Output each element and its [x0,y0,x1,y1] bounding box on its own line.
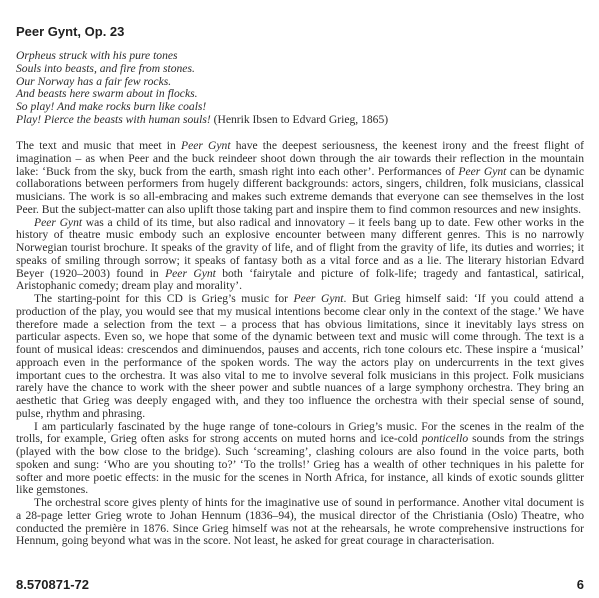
italic-title: Peer Gynt [34,216,82,229]
paragraph: The text and music that meet in Peer Gyn… [16,140,584,217]
italic-title: Peer Gynt [181,139,231,152]
verse-line-last: Play! Pierce the beasts with human souls… [16,114,388,127]
page-number: 6 [577,577,584,592]
paragraph: I am particularly fascinated by the huge… [16,421,584,498]
italic-title: ponticello [422,432,468,445]
paragraph: The starting-point for this CD is Grieg’… [16,293,584,421]
verse-attribution: (Henrik Ibsen to Edvard Grieg, 1865) [211,113,388,126]
verse-line: Orpheus struck with his pure tones [16,50,388,63]
epigraph-verse: Orpheus struck with his pure tones Souls… [16,50,388,127]
italic-title: Peer Gynt [165,267,216,280]
text-run: The text and music that meet in [16,139,181,152]
paragraph: Peer Gynt was a child of its time, but a… [16,217,584,294]
italic-title: Peer Gynt [294,292,344,305]
paragraph: The orchestral score gives plenty of hin… [16,497,584,548]
verse-line: Souls into beasts, and fire from stones. [16,63,388,76]
verse-line-text: Play! Pierce the beasts with human souls… [16,113,211,126]
catalogue-number: 8.570871-72 [16,577,89,592]
section-title: Peer Gynt, Op. 23 [16,24,124,39]
italic-title: Peer Gynt [458,165,506,178]
text-run: The orchestral score gives plenty of hin… [16,496,584,547]
text-run: . But Grieg himself said: ‘If you could … [16,292,584,420]
body-text: The text and music that meet in Peer Gyn… [16,140,584,548]
text-run: The starting-point for this CD is Grieg’… [34,292,294,305]
